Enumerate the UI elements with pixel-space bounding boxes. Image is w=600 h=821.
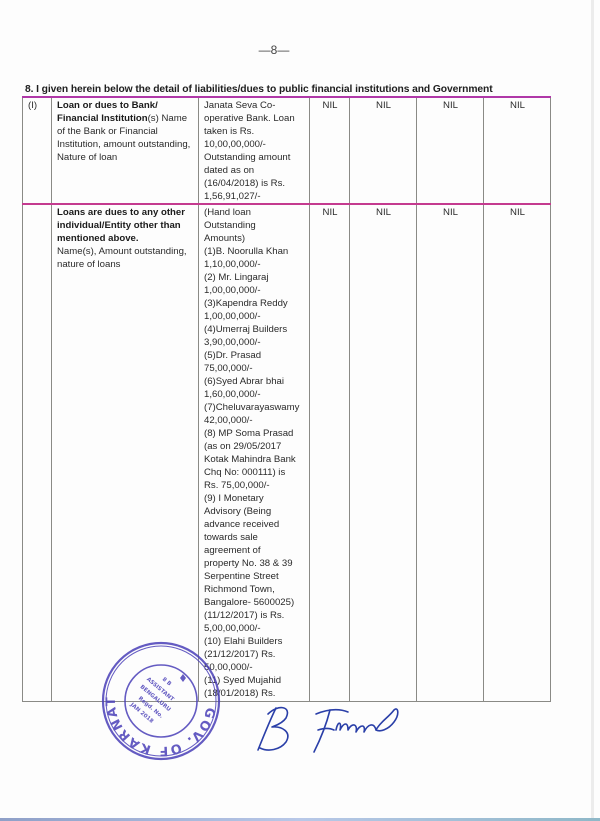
page-edge-shadow (591, 0, 594, 821)
detail-line: Amounts) (204, 232, 305, 245)
detail-line: 1,56,91,027/- (204, 190, 305, 203)
detail-line: 5,00,00,000/- (204, 622, 305, 635)
section-heading: 8. I given herein below the detail of li… (25, 84, 585, 95)
detail-line: 1,00,00,000/- (204, 310, 305, 323)
detail-line: (4)Umerraj Builders (204, 323, 305, 336)
detail-line: Kotak Mahindra Bank (204, 453, 305, 466)
detail-line: Outstanding (204, 219, 305, 232)
detail-line: Advisory (Being (204, 505, 305, 518)
detail-line: 10,00,00,000/- (204, 138, 305, 151)
page-number: —8— (256, 43, 292, 57)
table-row-bank-loans: (I) Loan or dues to Bank/ Financial Inst… (23, 97, 551, 204)
detail-line: (1)B. Noorulla Khan (204, 245, 305, 258)
detail-line: (3)Kapendra Reddy (204, 297, 305, 310)
detail-line: (6)Syed Abrar bhai (204, 375, 305, 388)
detail-line: operative Bank. Loan (204, 112, 305, 125)
detail-line: towards sale (204, 531, 305, 544)
detail-line: (7)Cheluvarayaswamy (204, 401, 305, 414)
detail-line: Chq No: 000111) is (204, 466, 305, 479)
row-label-rest: Name(s), Amount outstanding, nature of l… (57, 246, 187, 270)
signature (248, 700, 428, 760)
detail-line: 1,60,00,000/- (204, 388, 305, 401)
row-label: Loans are dues to any other individual/E… (52, 204, 199, 701)
detail-line: Outstanding amount (204, 151, 305, 164)
value-cell: NIL (350, 97, 417, 204)
detail-line: dated as on (204, 164, 305, 177)
detail-line: Janata Seva Co- (204, 99, 305, 112)
value-cell: NIL (417, 204, 484, 701)
detail-line: property No. 38 & 39 (204, 557, 305, 570)
detail-line: (Hand loan (204, 206, 305, 219)
detail-line: Rs. 75,00,000/- (204, 479, 305, 492)
detail-line: (as on 29/05/2017 (204, 440, 305, 453)
detail-line: (5)Dr. Prasad (204, 349, 305, 362)
svg-text:8 B: 8 B (161, 677, 172, 688)
detail-line: (9) I Monetary (204, 492, 305, 505)
detail-line: 1,10,00,000/- (204, 258, 305, 271)
table-row-other-loans: Loans are dues to any other individual/E… (23, 204, 551, 701)
detail-line: (11/12/2017) is Rs. (204, 609, 305, 622)
row-details: (Hand loan Outstanding Amounts) (1)B. No… (199, 204, 310, 701)
detail-line: taken is Rs. (204, 125, 305, 138)
detail-line: Richmond Town, (204, 583, 305, 596)
row-index: (I) (23, 97, 52, 204)
government-seal-stamp: GOV. OF KARNATAKA 8 B ASSISTANT BENGALUR… (100, 640, 222, 762)
detail-line: 3,90,00,000/- (204, 336, 305, 349)
detail-line: 75,00,000/- (204, 362, 305, 375)
row-index (23, 204, 52, 701)
liabilities-table: (I) Loan or dues to Bank/ Financial Inst… (22, 96, 551, 702)
detail-line: Bangalore- 5600025) (204, 596, 305, 609)
detail-line: agreement of (204, 544, 305, 557)
detail-line: Serpentine Street (204, 570, 305, 583)
detail-line: advance received (204, 518, 305, 531)
detail-line: 1,00,00,000/- (204, 284, 305, 297)
row-label-bold: Loan or dues to Bank/ Financial Institut… (57, 100, 158, 124)
value-cell: NIL (484, 204, 551, 701)
value-cell: NIL (350, 204, 417, 701)
detail-line: (2) Mr. Lingaraj (204, 271, 305, 284)
detail-line: (8) MP Soma Prasad (204, 427, 305, 440)
value-cell: NIL (484, 97, 551, 204)
value-cell: NIL (417, 97, 484, 204)
value-cell: NIL (310, 204, 350, 701)
value-cell: NIL (310, 97, 350, 204)
row-label-bold: Loans are dues to any other individual/E… (57, 207, 185, 244)
row-details: Janata Seva Co- operative Bank. Loan tak… (199, 97, 310, 204)
detail-line: 42,00,000/- (204, 414, 305, 427)
row-label: Loan or dues to Bank/ Financial Institut… (52, 97, 199, 204)
detail-line: (16/04/2018) is Rs. (204, 177, 305, 190)
